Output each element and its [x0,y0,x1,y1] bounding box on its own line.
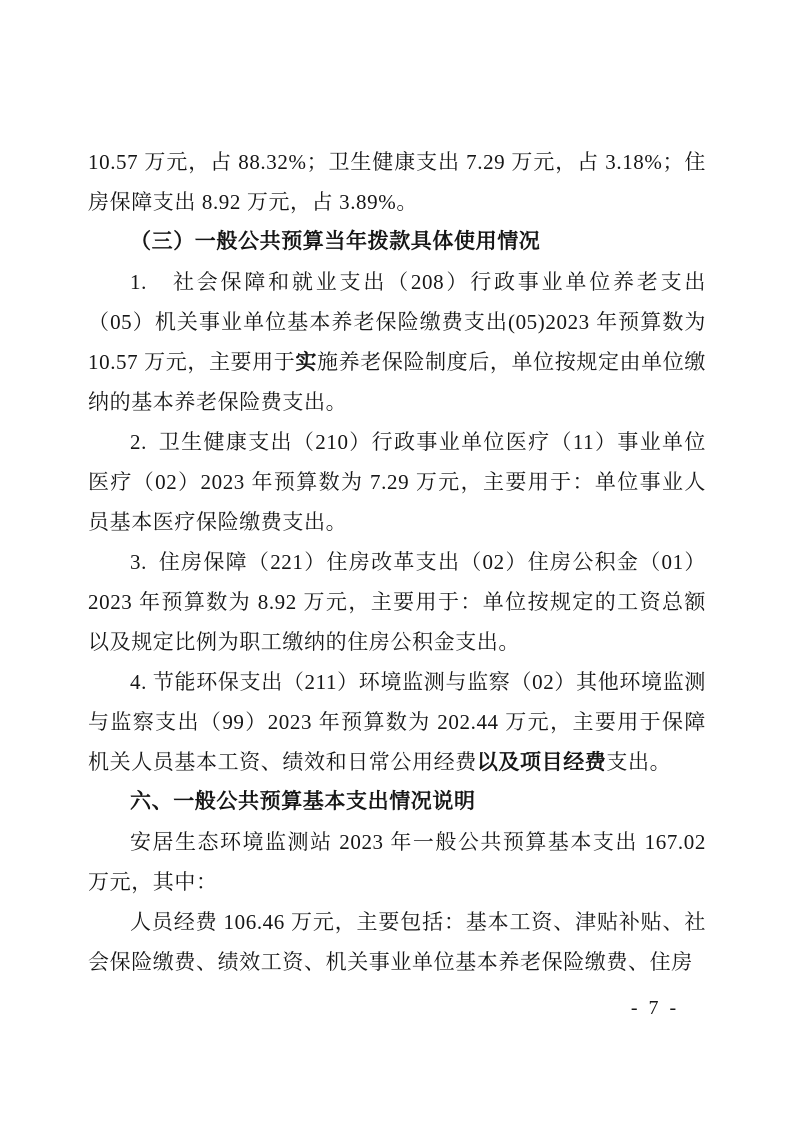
paragraph-basic-expenditure-summary: 安居生态环境监测站 2023 年一般公共预算基本支出 167.02 万元，其中： [88,822,706,902]
paragraph-item-2: 2. 卫生健康支出（210）行政事业单位医疗（11）事业单位医疗（02）2023… [88,422,706,542]
paragraph-continuation: 10.57 万元，占 88.32%；卫生健康支出 7.29 万元，占 3.18%… [88,142,706,222]
paragraph-item-3: 3. 住房保障（221）住房改革支出（02）住房公积金（01）2023 年预算数… [88,542,706,662]
document-page: 10.57 万元，占 88.32%；卫生健康支出 7.29 万元，占 3.18%… [0,0,793,1122]
paragraph-item-1: 1. 社会保障和就业支出（208）行政事业单位养老支出（05）机关事业单位基本养… [88,262,706,422]
paragraph-item-4: 4. 节能环保支出（211）环境监测与监察（02）其他环境监测与监察支出（99）… [88,662,706,782]
document-body: 10.57 万元，占 88.32%；卫生健康支出 7.29 万元，占 3.18%… [88,142,706,982]
section-6-heading: 六、一般公共预算基本支出情况说明 [88,782,706,822]
section-3-heading: （三）一般公共预算当年拨款具体使用情况 [88,222,706,262]
item-4-bold-run: 以及项目经费 [477,750,607,774]
paragraph-personnel-expenses: 人员经费 106.46 万元，主要包括：基本工资、津贴补贴、社会保险缴费、绩效工… [88,902,706,982]
item-4-text-post: 支出。 [606,750,671,774]
item-1-bold-run: 实 [295,350,317,374]
page-number: - 7 - [608,996,702,1020]
